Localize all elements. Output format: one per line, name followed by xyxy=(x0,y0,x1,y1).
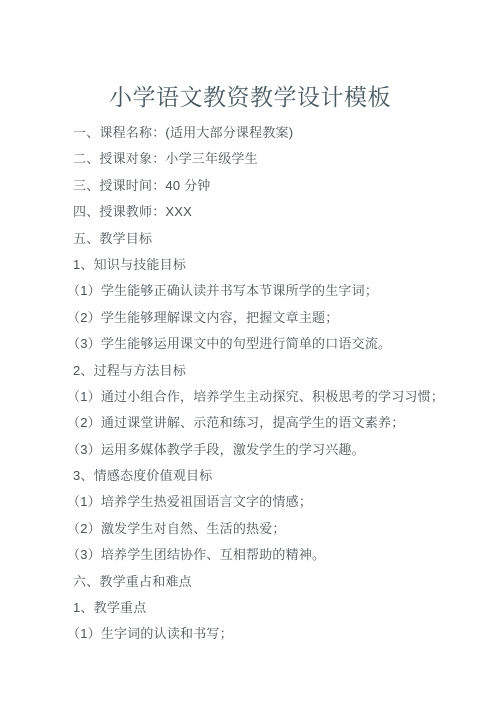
document-line: （2）激发学生对自然、生活的热爱； xyxy=(67,522,480,535)
document-title: 小学语文教资教学设计模板 xyxy=(0,79,500,112)
document-line: （1）培养学生热爱祖国语言文字的情感； xyxy=(67,495,480,508)
document-line: 六、教学重占和难点 xyxy=(73,575,480,588)
document-line: 四、授课教师：XXX xyxy=(73,205,480,218)
document-line: （2）通过课堂讲解、示范和练习，提高学生的语文素养； xyxy=(67,416,480,429)
document-line: 2、过程与方法目标 xyxy=(73,364,480,377)
document-line: （1）学生能够正确认读并书写本节课所学的生字词； xyxy=(67,284,480,297)
document-body: 一、课程名称：(适用大部分课程教案)二、授课对象：小学三年级学生三、授课时间：4… xyxy=(73,126,480,654)
document-line: 五、教学目标 xyxy=(73,232,480,245)
document-line: （3）培养学生团结协作、互相帮助的精神。 xyxy=(67,548,480,561)
document-line: 三、授课时间：40 分钟 xyxy=(73,179,480,192)
document-line: 1、教学重点 xyxy=(73,601,480,614)
document-line: 二、授课对象：小学三年级学生 xyxy=(73,152,480,165)
document-line: （1）通过小组合作，培养学生主动探究、积极思考的学习习惯； xyxy=(67,390,480,403)
document-line: （2）学生能够理解课文内容，把握文章主题； xyxy=(67,311,480,324)
document-line: （1）生字词的认读和书写； xyxy=(67,627,480,640)
document-line: 1、知识与技能目标 xyxy=(73,258,480,271)
document-line: 3、情感态度价值观目标 xyxy=(73,469,480,482)
document-page: 小学语文教资教学设计模板 一、课程名称：(适用大部分课程教案)二、授课对象：小学… xyxy=(0,0,500,707)
document-line: 一、课程名称：(适用大部分课程教案) xyxy=(73,126,480,139)
document-line: （3）学生能够运用课文中的句型进行简单的口语交流。 xyxy=(67,337,480,350)
document-line: （3）运用多媒体教学手段，激发学生的学习兴趣。 xyxy=(67,443,480,456)
